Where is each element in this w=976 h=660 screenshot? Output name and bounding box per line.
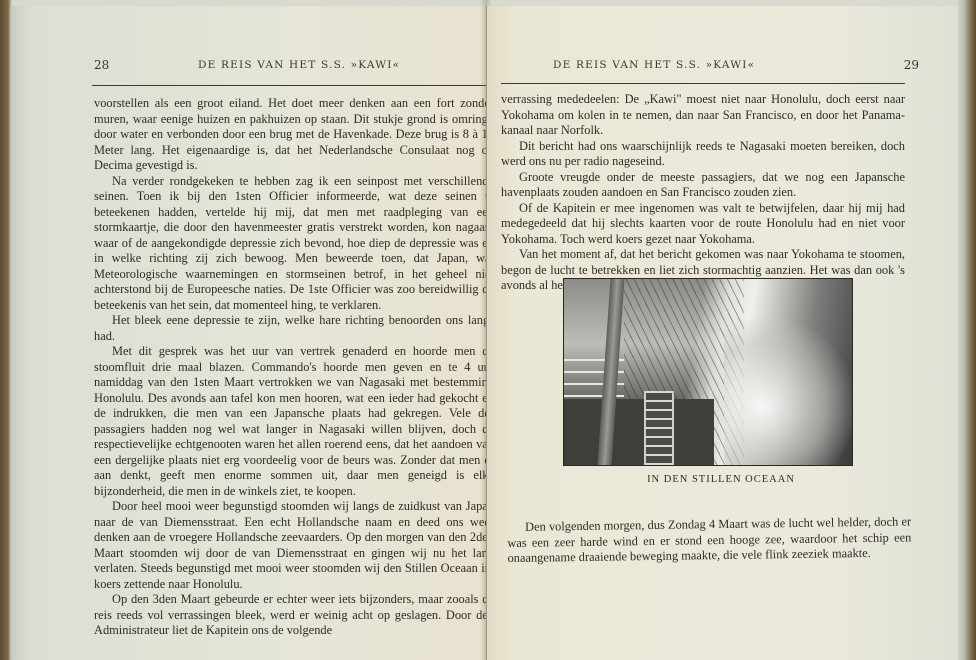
figure-caption: IN DEN STILLEN OCEAAN (621, 474, 821, 485)
running-title-left: DE REIS VAN HET S.S. »KAWI« (198, 59, 400, 71)
running-title-right: DE REIS VAN HET S.S. »KAWI« (553, 59, 755, 71)
running-head-right: DE REIS VAN HET S.S. »KAWI« 29 (513, 58, 913, 74)
paragraph: Dit bericht had ons waarschijnlijk reeds… (501, 139, 905, 170)
book-edge-right (958, 0, 976, 660)
running-head-left: 28 DE REIS VAN HET S.S. »KAWI« (94, 58, 494, 74)
paragraph: Het bleek eene depressie te zijn, welke … (94, 313, 494, 344)
page-number-right: 29 (904, 58, 919, 72)
paragraph: Den volgenden morgen, dus Zondag 4 Maart… (507, 514, 912, 566)
header-rule-left (92, 85, 492, 86)
page-number-left: 28 (94, 58, 109, 72)
paragraph: Met dit gesprek was het uur van vertrek … (94, 344, 494, 499)
paragraph: voorstellen als een groot eiland. Het do… (94, 96, 494, 174)
right-page-body-top: verrassing mededeelen: De „Kawi" moest n… (501, 92, 905, 294)
wave-spray (724, 319, 852, 465)
open-book: 28 DE REIS VAN HET S.S. »KAWI« voorstell… (0, 0, 976, 660)
right-page: DE REIS VAN HET S.S. »KAWI« 29 verrassin… (486, 6, 959, 660)
paragraph: Groote vreugde onder de meeste passagier… (501, 170, 905, 201)
paragraph: Of de Kapitein er mee ingenomen was valt… (501, 201, 905, 248)
ship-storm-photograph (563, 278, 853, 466)
paragraph: Na verder rondgekeken te hebben zag ik e… (94, 174, 494, 314)
deck-ladder (644, 391, 674, 465)
left-page-body: voorstellen als een groot eiland. Het do… (94, 96, 494, 639)
paragraph: verrassing mededeelen: De „Kawi" moest n… (501, 92, 905, 139)
right-page-body-bottom: Den volgenden morgen, dus Zondag 4 Maart… (507, 514, 912, 566)
ship-deck (564, 399, 714, 465)
header-rule-right (501, 83, 905, 84)
paragraph: Door heel mooi weer begunstigd stoomden … (94, 499, 494, 592)
left-page: 28 DE REIS VAN HET S.S. »KAWI« voorstell… (10, 6, 488, 660)
paragraph: Op den 3den Maart gebeurde er echter wee… (94, 592, 494, 639)
